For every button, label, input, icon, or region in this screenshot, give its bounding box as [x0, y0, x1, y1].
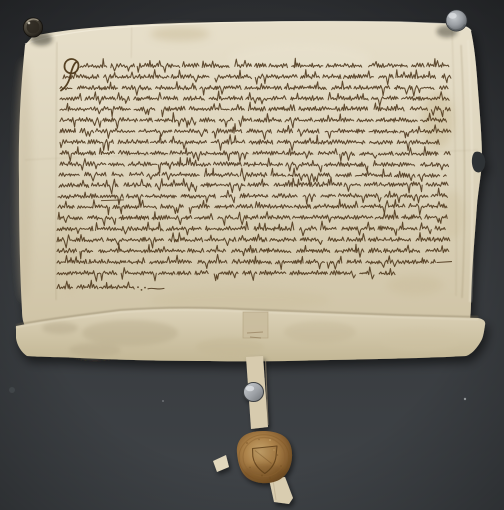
plica-fold — [16, 308, 485, 362]
wax-speckle — [277, 454, 279, 456]
parchment-stain — [73, 88, 117, 172]
parchment-stain — [230, 42, 370, 78]
speck — [162, 400, 164, 402]
photo-stage — [0, 0, 504, 510]
parchment-stain — [440, 191, 464, 239]
pin-specular — [448, 13, 456, 19]
plica-stain — [284, 321, 356, 343]
parchment-stain — [16, 60, 32, 300]
plica-details — [243, 312, 268, 338]
charter-photograph — [0, 0, 504, 510]
wax-speckle — [280, 465, 282, 467]
parchment-stain — [387, 275, 443, 295]
parchment-stain — [150, 27, 210, 41]
pin-specular — [28, 22, 31, 25]
speck — [464, 398, 466, 400]
wax-speckle — [258, 439, 259, 440]
wax-speckle — [269, 477, 270, 478]
plica-stain — [82, 320, 178, 346]
wax-speckle — [249, 467, 250, 468]
wax-seal — [237, 431, 292, 483]
disc-highlight — [246, 386, 254, 392]
parchment-charter — [16, 21, 485, 361]
underline-stroke — [101, 200, 124, 201]
plica-stain — [380, 328, 460, 352]
flourish-dash — [148, 288, 164, 289]
flourish-dot — [144, 287, 146, 289]
tag-slit-patch — [243, 312, 268, 338]
metal-grommet — [244, 383, 264, 402]
plica-stain — [42, 322, 78, 334]
wax-speckle — [246, 442, 248, 444]
metal-grommet-disc — [244, 383, 264, 402]
plica-stain — [196, 338, 264, 356]
flourish-dot — [141, 289, 143, 291]
plica-stain — [69, 343, 121, 357]
wax-glint — [269, 439, 271, 441]
speck — [9, 387, 15, 393]
flourish-dot — [137, 286, 139, 288]
wax-speckle — [261, 475, 263, 477]
parchment-stain — [150, 95, 370, 205]
